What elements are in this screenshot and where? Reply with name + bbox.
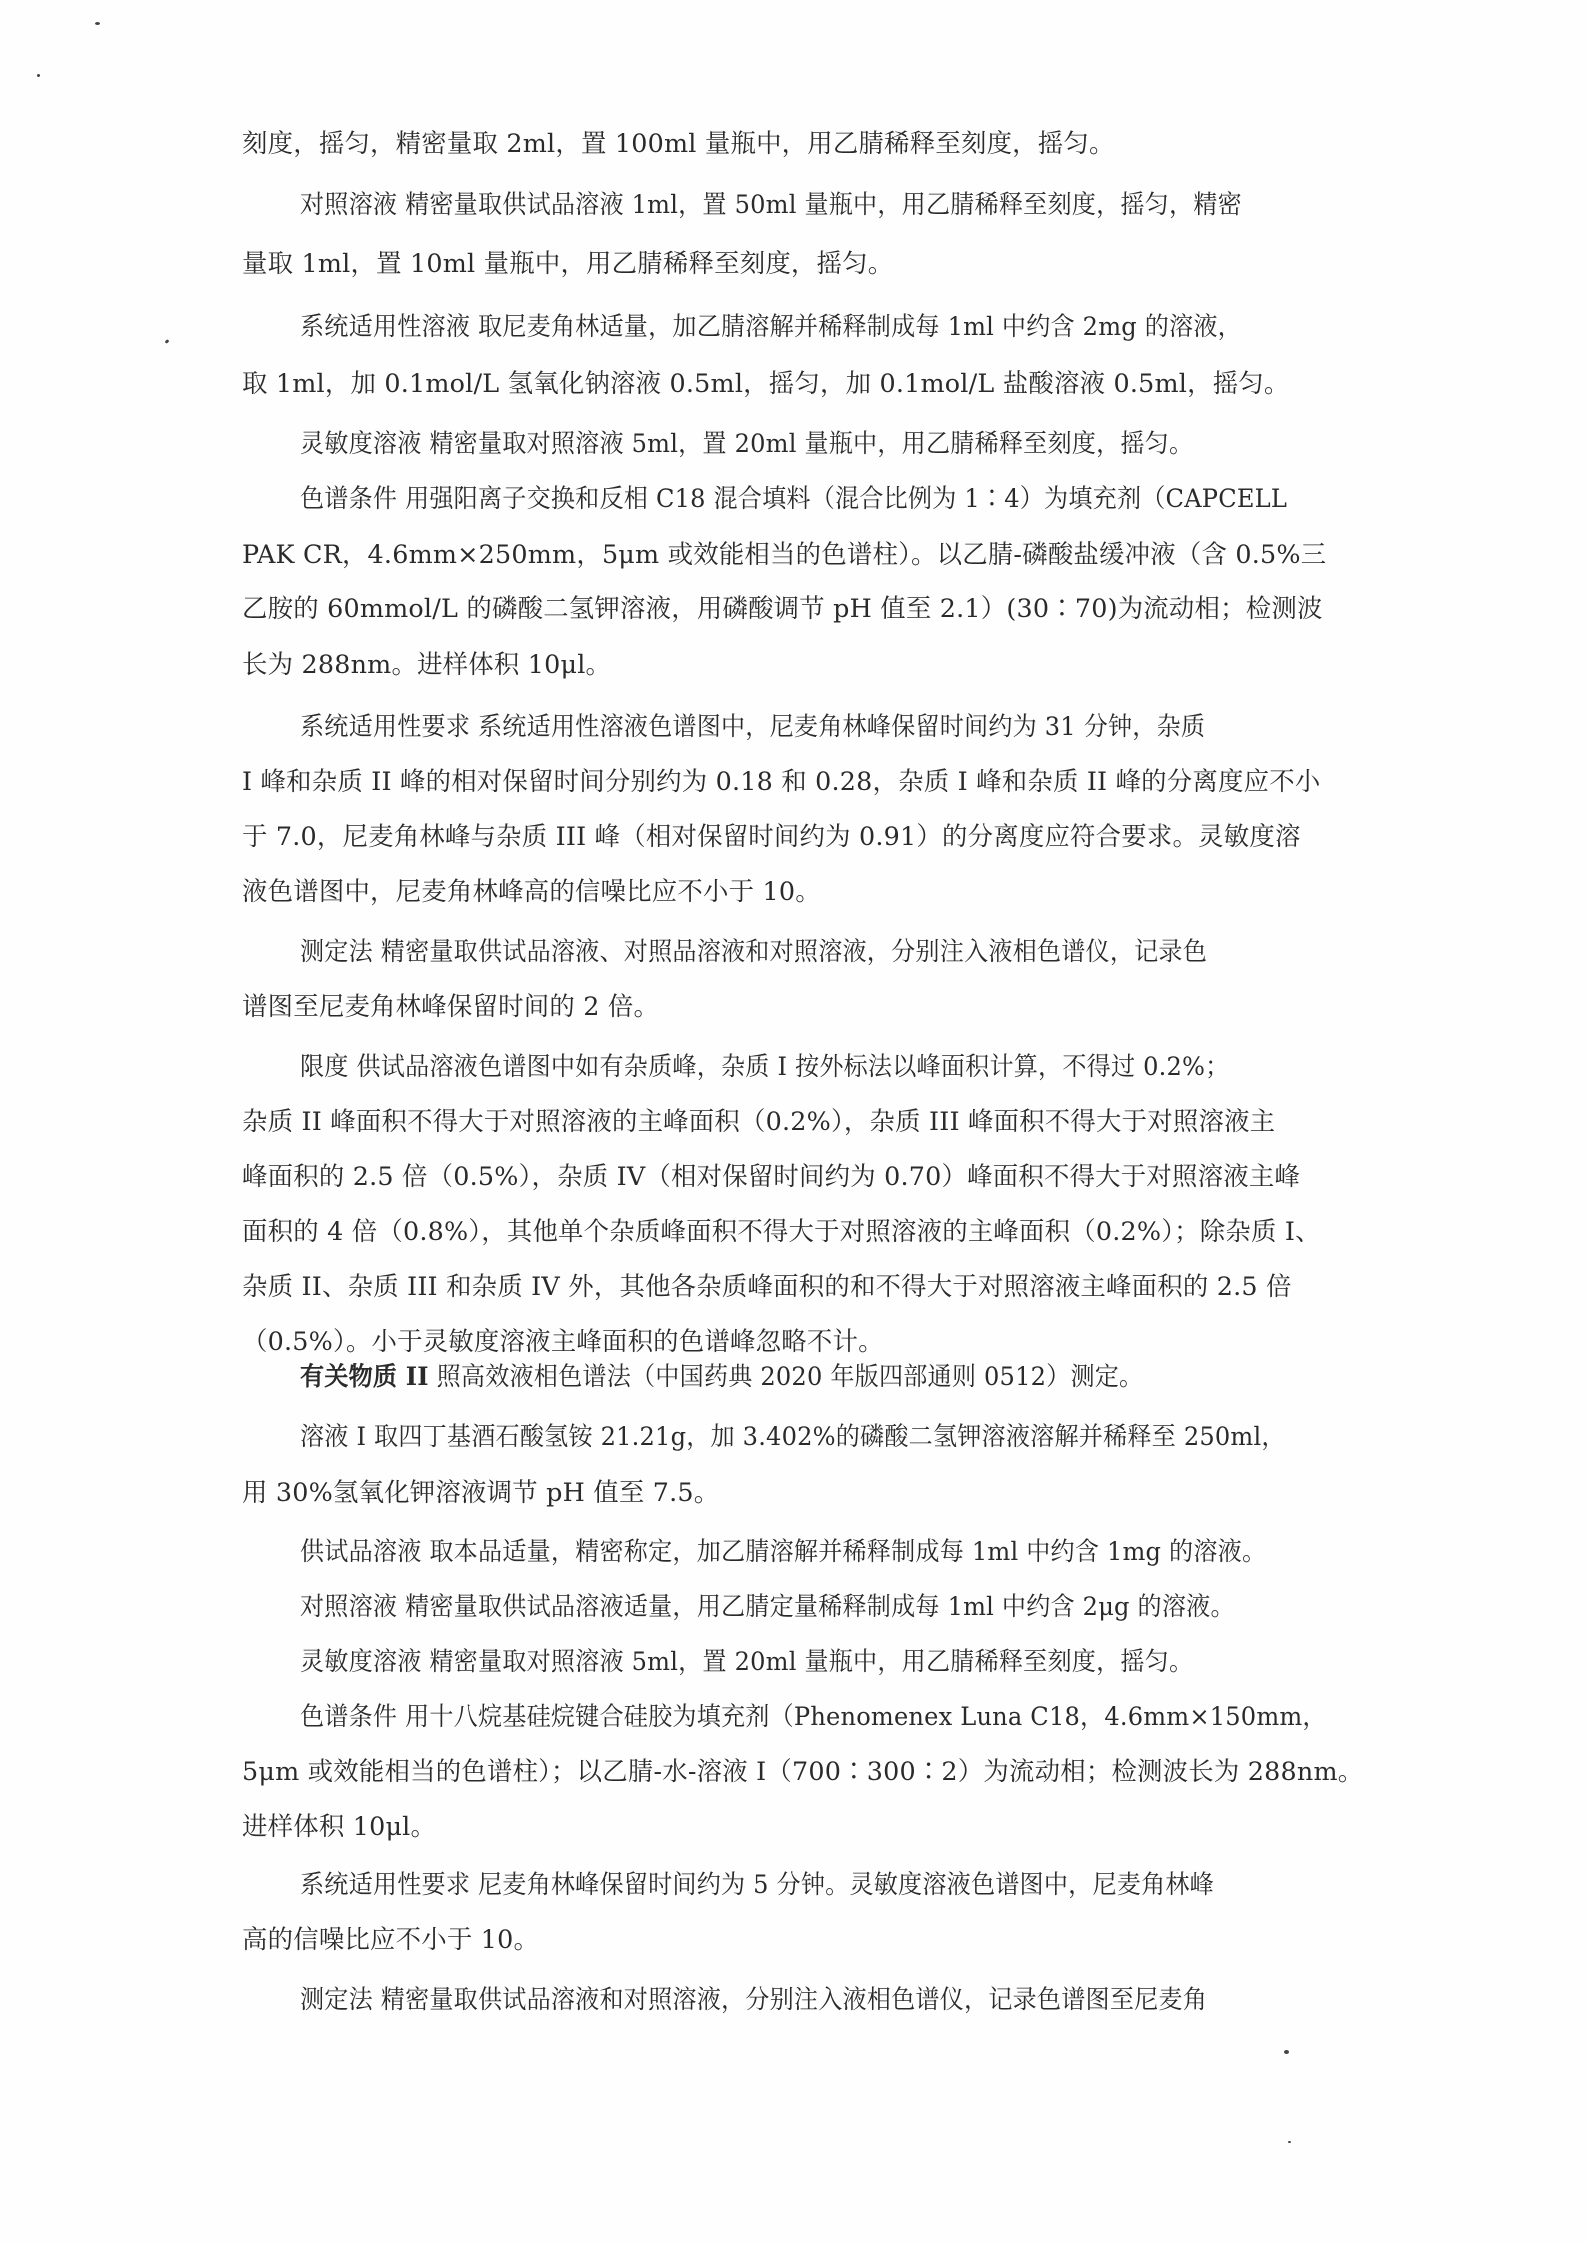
scan-speck <box>95 22 100 25</box>
text-line: （0.5%）。小于灵敏度溶液主峰面积的色谱峰忽略不计。 <box>242 1325 1378 1359</box>
section-heading-line: 有关物质 II 照高效液相色谱法（中国药典 2020 年版四部通则 0512）测… <box>300 1360 1378 1394</box>
text-line: 溶液 I 取四丁基酒石酸氢铵 21.21g，加 3.402%的磷酸二氢钾溶液溶解… <box>300 1420 1378 1454</box>
text-line: 谱图至尼麦角林峰保留时间的 2 倍。 <box>242 990 1378 1024</box>
text-line: 供试品溶液 取本品适量，精密称定，加乙腈溶解并稀释制成每 1ml 中约含 1mg… <box>300 1535 1378 1569</box>
text-line: 高的信噪比应不小于 10。 <box>242 1923 1378 1957</box>
text-line: 于 7.0，尼麦角林峰与杂质 III 峰（相对保留时间约为 0.91）的分离度应… <box>242 820 1378 854</box>
text-line: 液色谱图中，尼麦角林峰高的信噪比应不小于 10。 <box>242 875 1378 909</box>
text-line: 灵敏度溶液 精密量取对照溶液 5ml，置 20ml 量瓶中，用乙腈稀释至刻度，摇… <box>300 1645 1378 1679</box>
text-line: 系统适用性要求 尼麦角林峰保留时间约为 5 分钟。灵敏度溶液色谱图中，尼麦角林峰 <box>300 1868 1378 1902</box>
text-line: 用 30%氢氧化钾溶液调节 pH 值至 7.5。 <box>242 1476 1378 1510</box>
scan-speck <box>37 74 40 77</box>
text-line: 对照溶液 精密量取供试品溶液适量，用乙腈定量稀释制成每 1ml 中约含 2μg … <box>300 1590 1378 1624</box>
text-line: 取 1ml，加 0.1mol/L 氢氧化钠溶液 0.5ml，摇匀，加 0.1mo… <box>242 367 1378 401</box>
section-heading: 有关物质 II <box>300 1362 429 1392</box>
text-line: 测定法 精密量取供试品溶液、对照品溶液和对照溶液，分别注入液相色谱仪，记录色 <box>300 935 1378 969</box>
text-line: 5μm 或效能相当的色谱柱）；以乙腈-水-溶液 I（700∶300∶2）为流动相… <box>242 1755 1378 1789</box>
text-line: 限度 供试品溶液色谱图中如有杂质峰，杂质 I 按外标法以峰面积计算，不得过 0.… <box>300 1050 1378 1084</box>
scanned-document-page: 刻度，摇匀，精密量取 2ml，置 100ml 量瓶中，用乙腈稀释至刻度，摇匀。 … <box>0 0 1586 2245</box>
scan-speck <box>1288 2141 1291 2143</box>
text-line: 长为 288nm。进样体积 10μl。 <box>242 648 1378 682</box>
text-line: 测定法 精密量取供试品溶液和对照溶液，分别注入液相色谱仪，记录色谱图至尼麦角 <box>300 1983 1378 2017</box>
text-line: 进样体积 10μl。 <box>242 1810 1378 1844</box>
text-line: 量取 1ml，置 10ml 量瓶中，用乙腈稀释至刻度，摇匀。 <box>242 247 1378 281</box>
text-line: 刻度，摇匀，精密量取 2ml，置 100ml 量瓶中，用乙腈稀释至刻度，摇匀。 <box>242 127 1378 161</box>
text-line: 峰面积的 2.5 倍（0.5%），杂质 IV（相对保留时间约为 0.70）峰面积… <box>242 1160 1378 1194</box>
text-line: 色谱条件 用强阳离子交换和反相 C18 混合填料（混合比例为 1∶4）为填充剂（… <box>300 482 1378 516</box>
text-line: I 峰和杂质 II 峰的相对保留时间分别约为 0.18 和 0.28，杂质 I … <box>242 765 1378 799</box>
text-line: 对照溶液 精密量取供试品溶液 1ml，置 50ml 量瓶中，用乙腈稀释至刻度，摇… <box>300 188 1378 222</box>
text-line: 乙胺的 60mmol/L 的磷酸二氢钾溶液，用磷酸调节 pH 值至 2.1）(3… <box>242 592 1378 626</box>
section-heading-rest: 照高效液相色谱法（中国药典 2020 年版四部通则 0512）测定。 <box>429 1362 1144 1392</box>
text-line: 面积的 4 倍（0.8%），其他单个杂质峰面积不得大于对照溶液的主峰面积（0.2… <box>242 1215 1378 1249</box>
text-line: PAK CR，4.6mm×250mm，5μm 或效能相当的色谱柱）。以乙腈-磷酸… <box>242 538 1378 572</box>
text-line: 杂质 II 峰面积不得大于对照溶液的主峰面积（0.2%），杂质 III 峰面积不… <box>242 1105 1378 1139</box>
text-line: 灵敏度溶液 精密量取对照溶液 5ml，置 20ml 量瓶中，用乙腈稀释至刻度，摇… <box>300 427 1378 461</box>
text-line: 色谱条件 用十八烷基硅烷键合硅胶为填充剂（Phenomenex Luna C18… <box>300 1700 1378 1734</box>
text-line: 系统适用性要求 系统适用性溶液色谱图中，尼麦角林峰保留时间约为 31 分钟，杂质 <box>300 710 1378 744</box>
scan-speck <box>165 339 170 344</box>
scan-speck <box>1284 2050 1289 2054</box>
text-line: 系统适用性溶液 取尼麦角林适量，加乙腈溶解并稀释制成每 1ml 中约含 2mg … <box>300 310 1378 344</box>
text-line: 杂质 II、杂质 III 和杂质 IV 外，其他各杂质峰面积的和不得大于对照溶液… <box>242 1270 1378 1304</box>
